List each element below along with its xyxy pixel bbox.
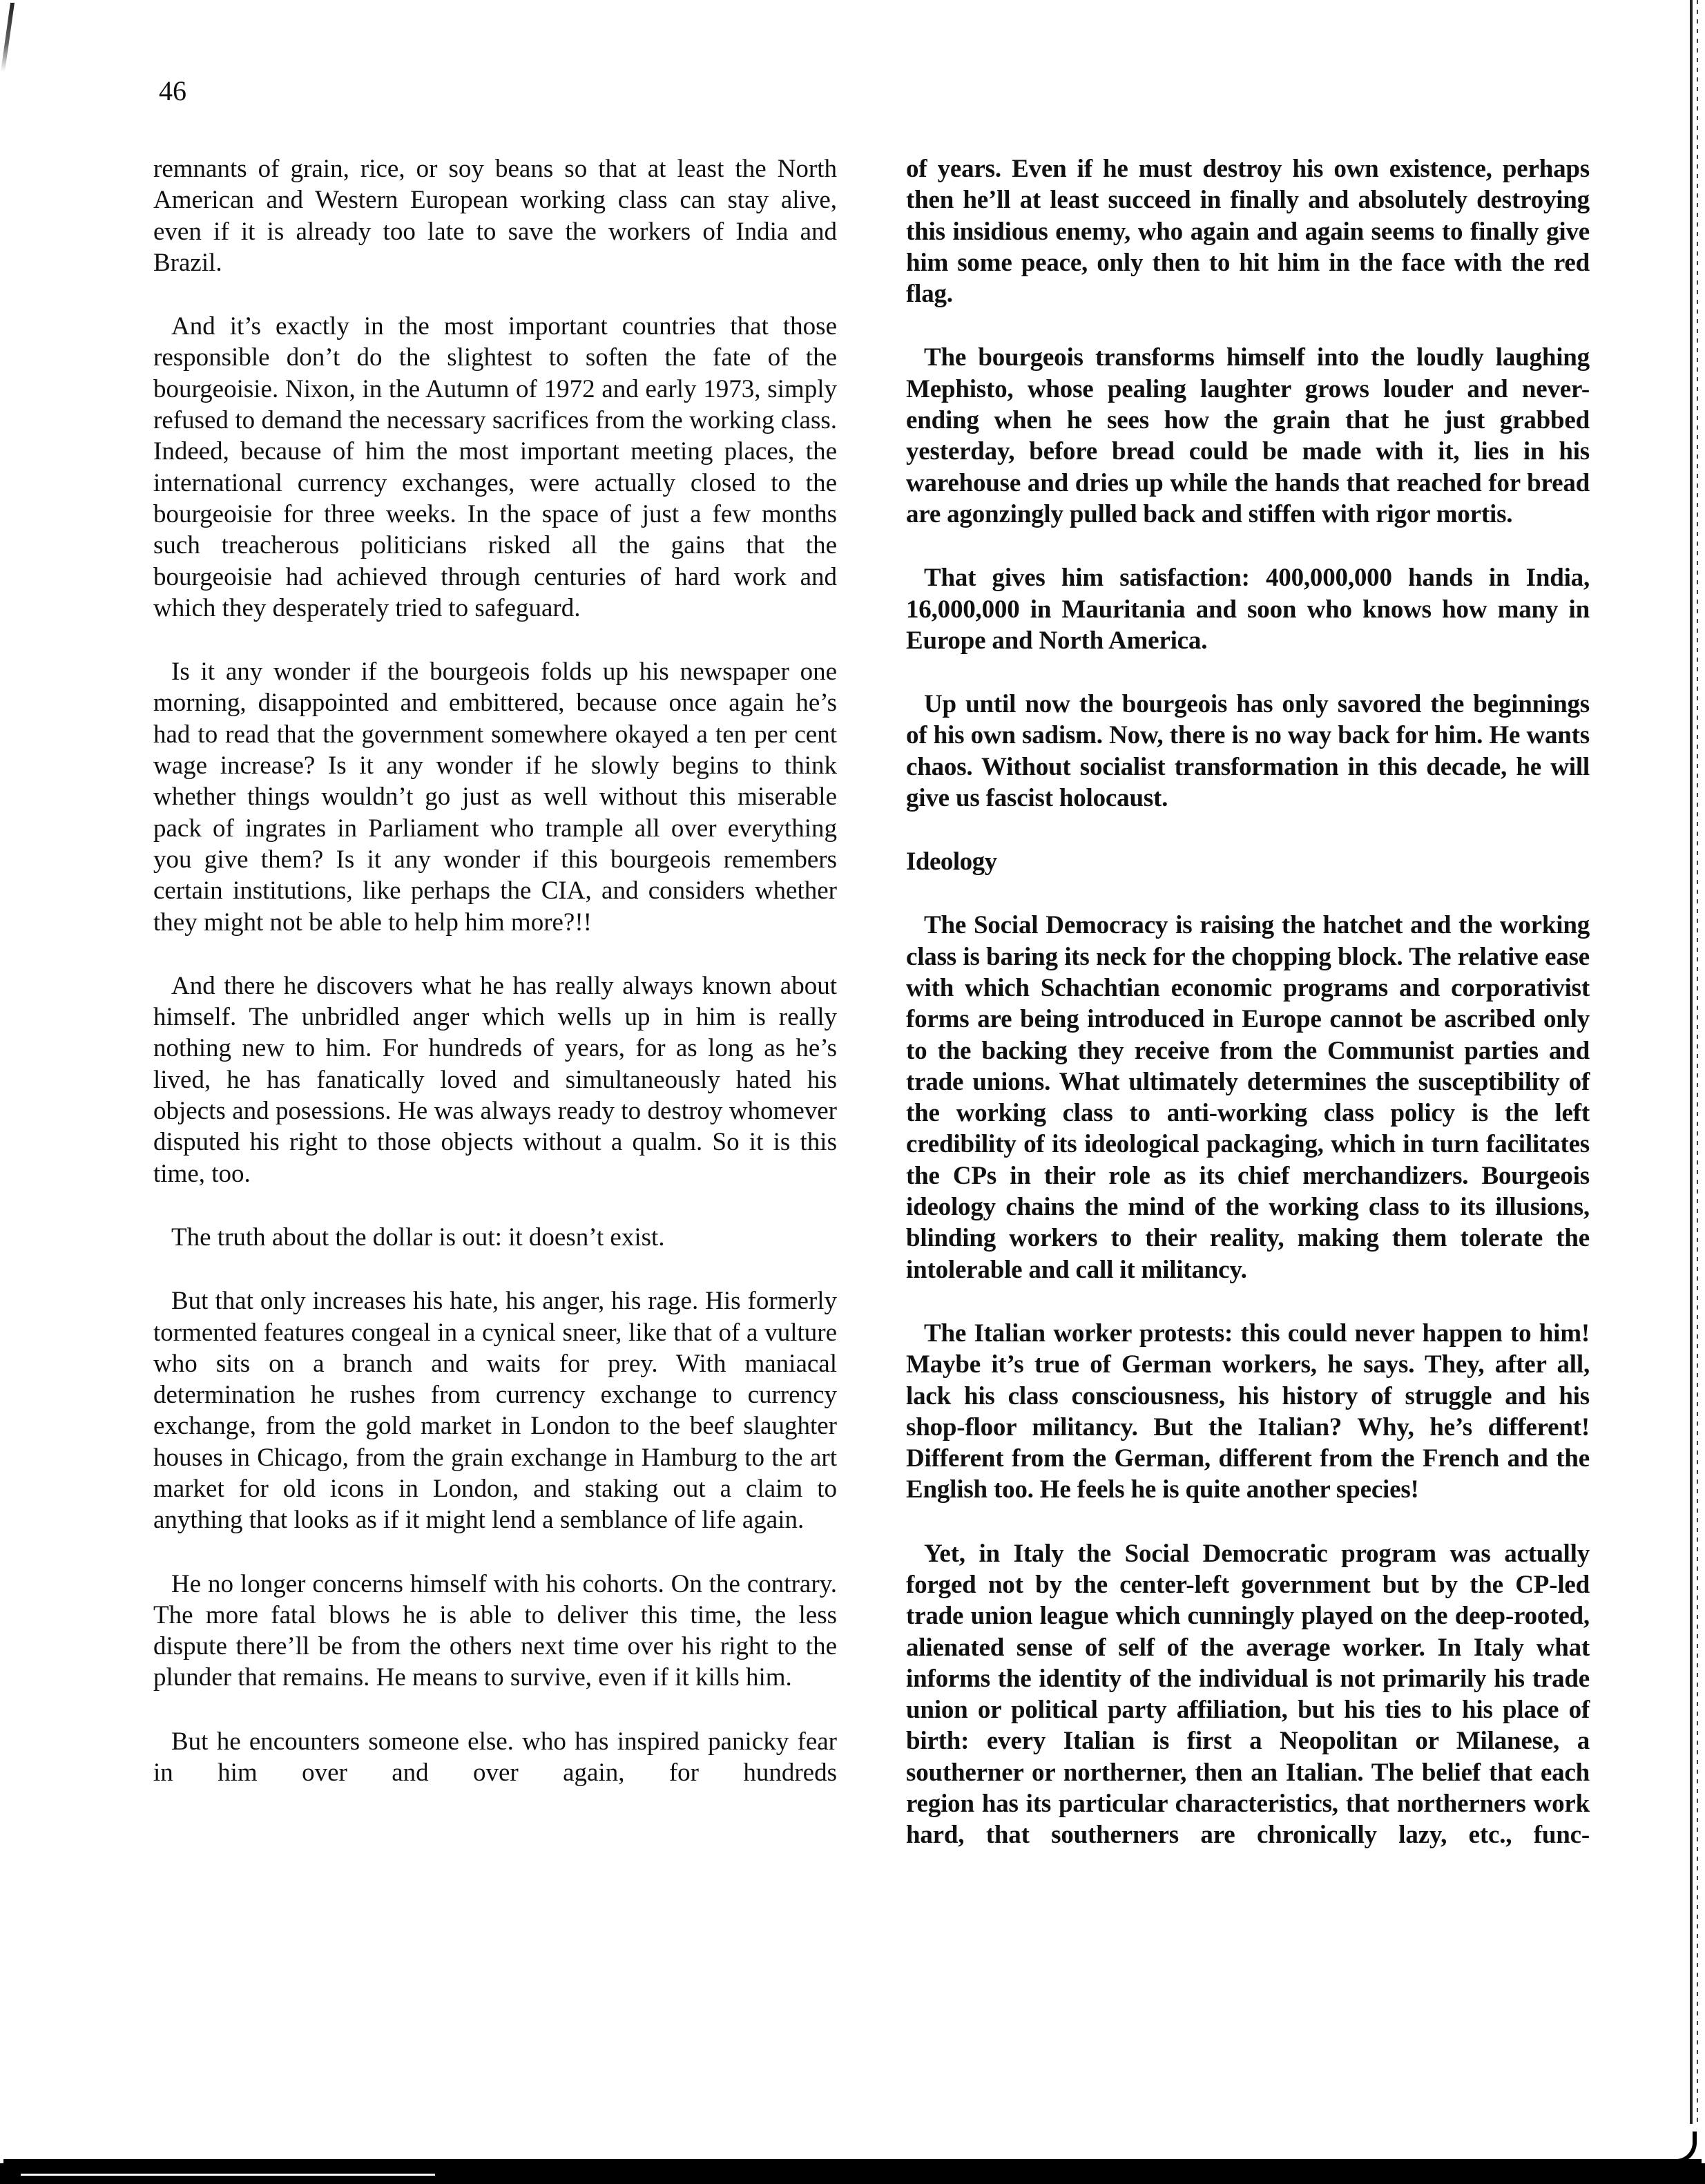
scan-artifact-bottom-streak <box>21 2174 435 2176</box>
paragraph: That gives him satisfaction: 400,000,000… <box>906 562 1590 656</box>
paragraph: The Social Democracy is raising the hatc… <box>906 910 1590 1285</box>
left-column: remnants of grain, rice, or soy beans so… <box>153 153 837 1821</box>
right-column: of years. Even if he must destroy his ow… <box>906 153 1590 1884</box>
scan-artifact-corner <box>1 3 15 72</box>
paragraph: He no longer concerns himself with his c… <box>153 1569 837 1694</box>
paragraph: But he encounters someone else. who has … <box>153 1726 837 1789</box>
paragraph: The bourgeois transforms himself into th… <box>906 342 1590 530</box>
paragraph: And it’s exactly in the most important c… <box>153 311 837 624</box>
paragraph: remnants of grain, rice, or soy beans so… <box>153 153 837 278</box>
paragraph: Yet, in Italy the Social Democratic prog… <box>906 1538 1590 1851</box>
scan-artifact-right-edge <box>1690 0 1693 2124</box>
section-heading: Ideology <box>906 846 1590 877</box>
paragraph: of years. Even if he must destroy his ow… <box>906 153 1590 309</box>
paragraph: Up until now the bourgeois has only savo… <box>906 689 1590 814</box>
paragraph: And there he discovers what he has reall… <box>153 970 837 1189</box>
paragraph: The truth about the dollar is out: it do… <box>153 1222 837 1253</box>
page-number: 46 <box>159 75 186 108</box>
paragraph: Is it any wonder if the bourgeois folds … <box>153 656 837 938</box>
paragraph: The Italian worker protests: this could … <box>906 1318 1590 1506</box>
paragraph: But that only increases his hate, his an… <box>153 1285 837 1535</box>
scan-artifact-right-fringe <box>1697 0 1698 2124</box>
